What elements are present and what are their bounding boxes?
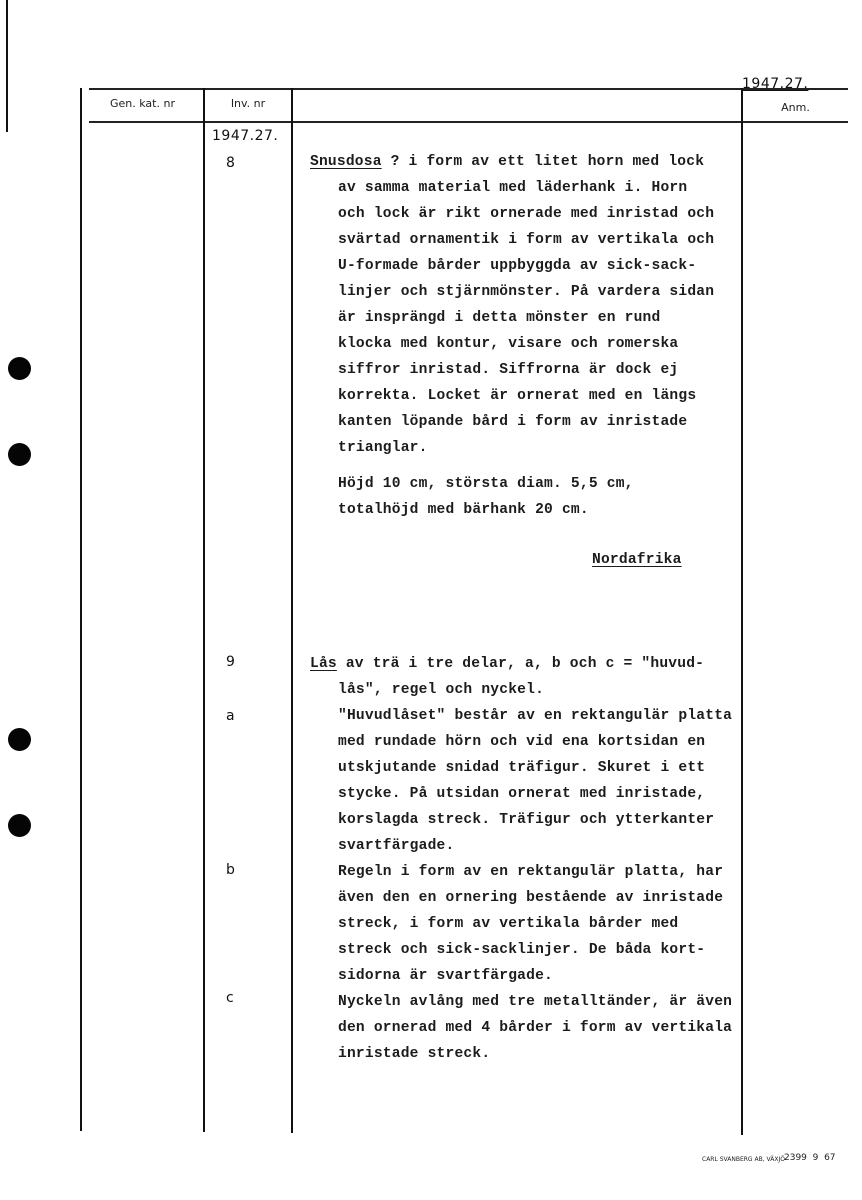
entry-8-first-line: Snusdosa ? i form av ett litet horn med …: [310, 154, 704, 170]
part-a-line: stycke. På utsidan ornerat med inristade…: [338, 786, 705, 802]
header-inv-nr: Inv. nr: [205, 97, 291, 110]
entry-8-dimensions: Höjd 10 cm, största diam. 5,5 cm,: [338, 476, 634, 492]
inv-number-9: 9: [226, 654, 235, 670]
inv-prefix: 1947.27.: [212, 128, 278, 144]
inv-number-8: 8: [226, 155, 235, 171]
part-b-line: streck, i form av vertikala bårder med: [338, 916, 678, 932]
part-b-line: sidorna är svartfärgade.: [338, 968, 553, 984]
part-label-a: a: [226, 708, 235, 724]
entry-9-first-line: Lås av trä i tre delar, a, b och c = "hu…: [310, 656, 704, 672]
top-right-inv-number: 1947.27.: [742, 76, 808, 92]
entry-8-origin: Nordafrika: [592, 552, 682, 568]
column-divider-desc: [291, 88, 293, 1133]
entry-8-line: kanten löpande bård i form av inristade: [338, 414, 687, 430]
entry-8-line: siffror inristad. Siffrorna är dock ej: [338, 362, 678, 378]
column-divider-anm: [741, 88, 743, 1135]
part-c-line: Nyckeln avlång med tre metalltänder, är …: [338, 994, 732, 1010]
punch-hole: [8, 814, 31, 837]
entry-9-line: lås", regel och nyckel.: [338, 682, 544, 698]
entry-8-text: ? i form av ett litet horn med lock: [382, 154, 704, 170]
entry-8-dimensions: totalhöjd med bärhank 20 cm.: [338, 502, 589, 518]
entry-8-line: linjer och stjärnmönster. På vardera sid…: [338, 284, 714, 300]
part-b-line: Regeln i form av en rektangulär platta, …: [338, 864, 723, 880]
punch-hole: [8, 357, 31, 380]
part-a-line: korslagda streck. Träfigur och ytterkant…: [338, 812, 714, 828]
header-gen-kat-nr: Gen. kat. nr: [82, 97, 203, 110]
part-label-b: b: [226, 862, 235, 878]
part-label-c: c: [226, 990, 234, 1006]
entry-8-line: U-formade bårder uppbyggda av sick-sack-: [338, 258, 696, 274]
part-c-line: inristade streck.: [338, 1046, 490, 1062]
entry-8-line: klocka med kontur, visare och romerska: [338, 336, 678, 352]
part-a-line: "Huvudlåset" består av en rektangulär pl…: [338, 708, 732, 724]
printer-imprint: CARL SVANBERG AB, VÄXJÖ: [702, 1156, 785, 1163]
entry-8-line: och lock är rikt ornerade med inristad o…: [338, 206, 714, 222]
punch-hole: [8, 728, 31, 751]
entry-8-line: är insprängd i detta mönster en rund: [338, 310, 660, 326]
binder-edge-line: [6, 0, 8, 132]
form-number: 2399 9 67: [784, 1153, 836, 1163]
header-anm: Anm.: [743, 101, 848, 114]
entry-8-title: Snusdosa: [310, 154, 382, 170]
part-a-line: svartfärgade.: [338, 838, 454, 854]
column-divider-gen: [80, 88, 82, 1131]
punch-hole: [8, 443, 31, 466]
part-b-line: även den en ornering bestående av inrist…: [338, 890, 723, 906]
entry-8-line: av samma material med läderhank i. Horn: [338, 180, 687, 196]
part-b-line: streck och sick-sacklinjer. De båda kort…: [338, 942, 705, 958]
entry-8-line: trianglar.: [338, 440, 428, 456]
column-divider-inv: [203, 88, 205, 1132]
part-c-line: den ornerad med 4 bårder i form av verti…: [338, 1020, 732, 1036]
entry-9-text: av trä i tre delar, a, b och c = "huvud-: [337, 656, 704, 672]
entry-8-line: korrekta. Locket är ornerat med en längs: [338, 388, 696, 404]
entry-8-line: svärtad ornamentik i form av vertikala o…: [338, 232, 714, 248]
part-a-line: med rundade hörn och vid ena kortsidan e…: [338, 734, 705, 750]
entry-9-title: Lås: [310, 656, 337, 672]
part-a-line: utskjutande snidad träfigur. Skuret i et…: [338, 760, 705, 776]
